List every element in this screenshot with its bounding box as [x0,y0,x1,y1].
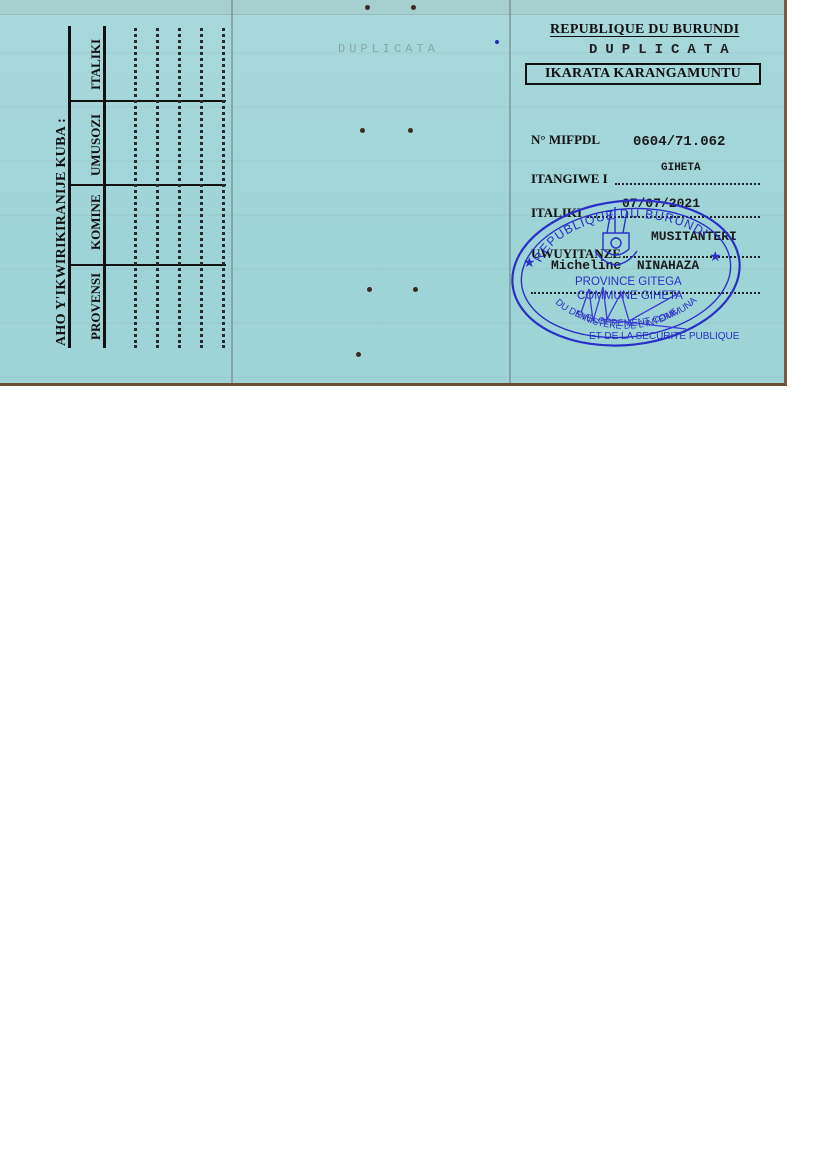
blank-line [531,292,760,294]
table-row [134,28,137,348]
table-row [222,28,225,348]
staple-hole [367,287,372,292]
table-row [200,28,203,348]
table-row [178,28,181,348]
issued-at-line [615,183,760,185]
middle-panel: DUPLICATA [233,0,511,383]
issuer-title: MUSITANTERI [651,229,737,244]
duplicata-mark: DUPLICATA [589,42,737,58]
card-title: IKARATA KARANGAMUNTU [525,63,761,85]
staple-hole [365,5,370,10]
residence-table-rotated: AHO Y'IKWIRIKIRANIJE KUBA : PROVENSI KOM… [0,0,233,386]
date-line [587,216,760,218]
id-card: AHO Y'IKWIRIKIRANIJE KUBA : PROVENSI KOM… [0,0,787,386]
staple-hole [413,287,418,292]
issuer-name: Micheline NINAHAZA [551,258,699,273]
column-header-provensi: PROVENSI [88,273,104,340]
column-header-umusozi: UMUSOZI [88,114,104,176]
table-row [156,28,159,348]
staple-hole [411,5,416,10]
date-value: 07/07/2021 [622,196,700,211]
number-label: N° MIFPDL [531,132,600,148]
column-header-komine: KOMINE [88,194,104,250]
issued-at-label: ITANGIWE I [531,171,608,187]
residence-history-panel: AHO Y'IKWIRIKIRANIJE KUBA : PROVENSI KOM… [0,0,233,383]
country-title: REPUBLIQUE DU BURUNDI [550,22,739,38]
ghost-duplicata-text: DUPLICATA [338,42,439,56]
stamp-ministry-3: ET DE LA SECURITE PUBLIQUE [589,331,740,342]
number-value: 0604/71.062 [633,134,725,150]
stamp-province: PROVINCE GITEGA [575,276,682,288]
table-border-top [68,26,71,348]
identity-panel: REPUBLIQUE DU BURUNDI DUPLICATA IKARATA … [511,0,784,383]
staple-hole [356,352,361,357]
issued-at-value: GIHETA [661,162,701,174]
staple-hole [408,128,413,133]
ink-spot [495,40,499,44]
column-header-italiki: ITALIKI [88,39,104,90]
staple-hole [360,128,365,133]
date-label: ITALIKI [531,205,582,221]
